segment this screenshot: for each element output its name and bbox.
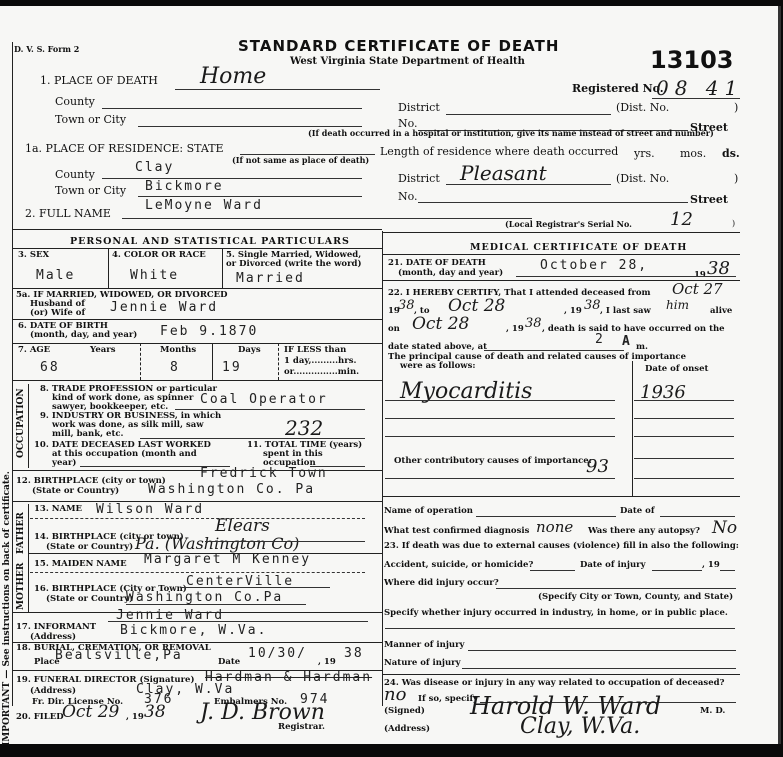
father-name-value: Wilson Ward <box>96 502 204 517</box>
res-county-label: County <box>55 168 95 181</box>
place-of-death-label: 1. PLACE OF DEATH <box>40 74 158 87</box>
autopsy-value: No <box>712 518 737 538</box>
date-of-death-value: October 28, <box>540 258 648 273</box>
margin-mother: MOTHER <box>16 563 26 610</box>
test-value: none <box>536 518 573 536</box>
time-of-death-value: 2 <box>595 332 605 347</box>
registrar-label: Registrar. <box>278 722 325 732</box>
age-months-value: 8 <box>170 360 180 375</box>
pod-dist-no-label: (Dist. No. <box>616 101 669 114</box>
physician-address: Clay, W.Va. <box>520 714 640 739</box>
age-days-value: 19 <box>222 360 242 375</box>
industry-value: 232 <box>285 416 323 440</box>
death-certificate: D. V. S. Form 2 STANDARD CERTIFICATE OF … <box>0 6 781 744</box>
race-value: White <box>130 268 179 283</box>
father-birthplace-state: Pa. (Washington Co) <box>135 534 299 553</box>
certificate-title: STANDARD CERTIFICATE OF DEATH <box>238 37 559 55</box>
attended-to-value: Oct 28 <box>448 296 505 316</box>
attended-from-value: Oct 27 <box>672 280 723 298</box>
spouse-value: Jennie Ward <box>110 300 218 315</box>
serial-value: 12 <box>670 209 693 230</box>
occupation-related-value: no <box>384 684 406 705</box>
burial-year-value: 38 <box>344 646 364 661</box>
place-of-death-value: Home <box>200 64 266 89</box>
registered-no-value: 08 41 <box>656 76 743 100</box>
length-of-residence-label: Length of residence where death occurred <box>380 145 618 158</box>
birthplace-state-value: Washington Co. Pa <box>148 482 315 497</box>
pod-district-label: District <box>398 101 440 114</box>
residence-note: (If not same as place of death) <box>232 155 369 165</box>
certificate-number: 13103 <box>650 46 734 74</box>
age-years-value: 68 <box>40 360 60 375</box>
form-id: D. V. S. Form 2 <box>14 44 79 54</box>
birthplace-city-value: Fredrick Town <box>200 466 328 481</box>
margin-instructions: IMPORTANT — See instructions on back of … <box>2 471 12 746</box>
res-town-value: Bickmore <box>145 179 224 194</box>
full-name-label: 2. FULL NAME <box>25 207 111 220</box>
res-district-value: Pleasant <box>460 161 547 185</box>
last-saw-date: Oct 28 <box>412 314 469 334</box>
contributory-value: 93 <box>586 456 609 477</box>
res-district-label: District <box>398 172 440 185</box>
pod-county-label: County <box>55 95 95 108</box>
marital-value: Married <box>236 271 305 286</box>
margin-occupation: OCCUPATION <box>16 388 26 458</box>
res-county-value: Clay <box>135 160 174 175</box>
serial-label: (Local Registrar's Serial No. <box>505 219 632 229</box>
mother-birthplace-state: Washington Co.Pa <box>126 590 283 605</box>
res-town-label: Town or City <box>55 184 126 197</box>
sex-value: Male <box>36 268 75 283</box>
burial-place-value: Bealsville,Pa <box>55 648 183 663</box>
burial-date-value: 10/30/ <box>248 646 307 661</box>
mother-name-value: Margaret M Kenney <box>144 552 311 567</box>
margin-father: FATHER <box>16 512 26 554</box>
personal-section-title: PERSONAL AND STATISTICAL PARTICULARS <box>70 236 350 247</box>
father-birthplace-city: Elears <box>215 516 270 536</box>
informant-address-value: Bickmore, W.Va. <box>120 623 267 638</box>
last-saw-value: him <box>666 298 689 312</box>
residence-label: 1a. PLACE OF RESIDENCE: STATE <box>25 142 224 155</box>
trade-value: Coal Operator <box>200 392 328 407</box>
medical-section-title: MEDICAL CERTIFICATE OF DEATH <box>470 242 687 253</box>
full-name-value: LeMoyne Ward <box>145 198 263 213</box>
dob-value: Feb 9.1870 <box>160 324 258 339</box>
hospital-note: (If death occurred in a hospital or inst… <box>308 128 714 138</box>
registered-no-label: Registered No. <box>572 82 664 95</box>
pod-town-label: Town or City <box>55 113 126 126</box>
certificate-subtitle: West Virginia State Department of Health <box>290 56 525 67</box>
filed-date-value: Oct 29 <box>62 702 119 722</box>
